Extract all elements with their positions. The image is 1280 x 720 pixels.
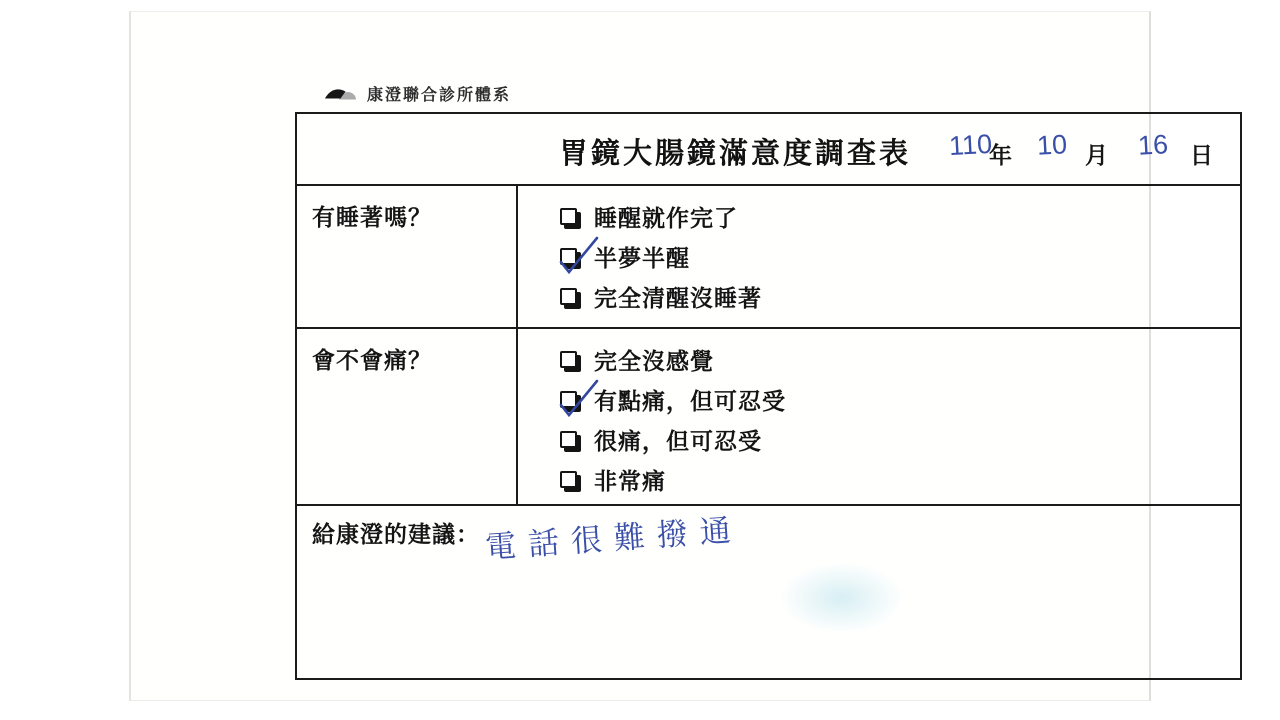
option-label: 睡醒就作完了 — [594, 200, 738, 233]
clinic-name: 康澄聯合診所體系 — [367, 82, 511, 105]
option-no-feeling: 完全沒感覺 — [560, 345, 786, 373]
clinic-brand: 康澄聯合診所體系 — [324, 82, 511, 105]
option-label: 完全清醒沒睡著 — [594, 280, 762, 313]
checkbox-icon — [560, 351, 577, 368]
option-woke-up-done: 睡醒就作完了 — [560, 202, 762, 230]
date-day-handwritten: 16 — [1137, 129, 1169, 162]
checkbox-icon — [560, 471, 577, 488]
date-month-handwritten: 10 — [1036, 129, 1068, 162]
option-half-asleep: 半夢半醒 — [560, 242, 762, 270]
date-month-label: 月 — [1085, 137, 1108, 170]
option-fully-awake: 完全清醒沒睡著 — [560, 282, 762, 310]
checkbox-icon — [560, 431, 577, 448]
option-very-painful-bearable: 很痛，但可忍受 — [560, 425, 786, 453]
option-label: 非常痛 — [594, 463, 666, 496]
option-label: 半夢半醒 — [594, 240, 690, 273]
question-label-pain: 會不會痛？ — [297, 329, 518, 504]
clinic-logo-icon — [324, 85, 358, 102]
checkbox-icon — [560, 248, 577, 265]
option-label: 有點痛，但可忍受 — [594, 383, 786, 416]
checkbox-icon — [560, 391, 577, 408]
scanned-paper: 康澄聯合診所體系 胃鏡大腸鏡滿意度調查表 110 年 10 月 16 日 有睡著… — [129, 11, 1151, 701]
question-row-pain: 會不會痛？ 完全沒感覺 有點痛，但可忍受 — [297, 329, 1240, 506]
suggestion-handwritten-text: 電話很難撥通 — [483, 504, 744, 567]
checkbox-icon — [560, 208, 577, 225]
question-options-sleep: 睡醒就作完了 半夢半醒 完全清醒沒睡著 — [518, 186, 762, 327]
title-row: 胃鏡大腸鏡滿意度調查表 110 年 10 月 16 日 — [297, 114, 1240, 186]
question-label-sleep: 有睡著嗎？ — [297, 186, 518, 327]
option-label: 很痛，但可忍受 — [594, 423, 762, 456]
suggestion-label: 給康澄的建議： — [312, 516, 480, 549]
date-day-label: 日 — [1190, 137, 1213, 170]
option-extremely-painful: 非常痛 — [560, 465, 786, 493]
date-year-handwritten: 110 — [948, 129, 993, 162]
question-row-sleep: 有睡著嗎？ 睡醒就作完了 半夢半醒 — [297, 186, 1240, 329]
option-slight-pain: 有點痛，但可忍受 — [560, 385, 786, 413]
option-label: 完全沒感覺 — [594, 343, 714, 376]
form-title: 胃鏡大腸鏡滿意度調查表 — [559, 131, 911, 172]
date-year-label: 年 — [989, 137, 1012, 170]
checkbox-icon — [560, 288, 577, 305]
question-options-pain: 完全沒感覺 有點痛，但可忍受 很痛，但可忍受 — [518, 329, 786, 504]
suggestion-row: 給康澄的建議： 電話很難撥通 — [297, 506, 1240, 678]
survey-form-table: 胃鏡大腸鏡滿意度調查表 110 年 10 月 16 日 有睡著嗎？ 睡醒就作完了 — [295, 112, 1242, 680]
